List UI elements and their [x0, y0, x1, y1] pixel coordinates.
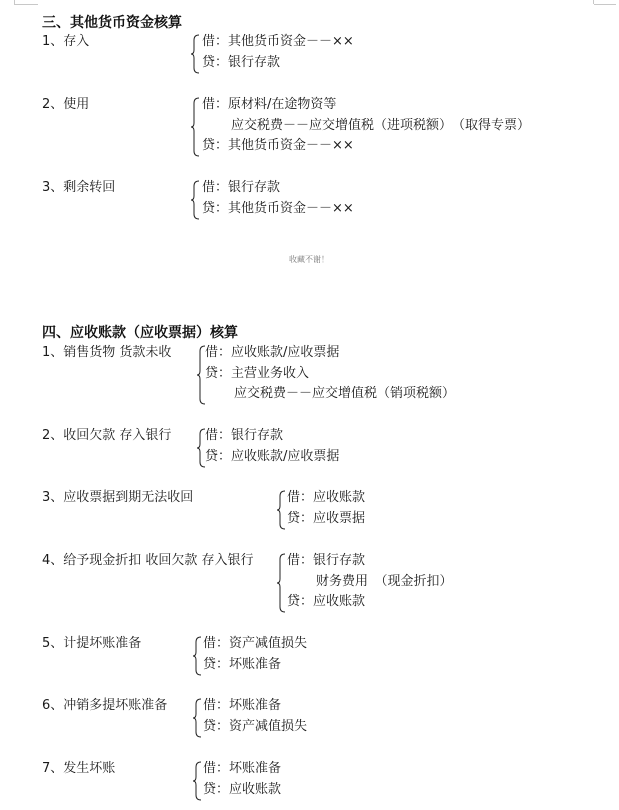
brace-icon [190, 97, 200, 157]
journal-entry: 借：银行存款 贷：其他货币资金－－×× [202, 178, 354, 219]
watermark-note: 收藏不谢！ [289, 254, 329, 265]
credit-line: 贷：资产减值损失 [203, 717, 307, 738]
credit-line: 贷：银行存款 [202, 53, 354, 74]
debit-line: 借：其他货币资金－－×× [202, 32, 354, 53]
debit-line: 借：银行存款 [202, 178, 354, 199]
credit-line: 贷：应收账款 [287, 592, 453, 613]
debit-line: 借：银行存款 [205, 426, 339, 447]
credit-line: 贷：主营业务收入 [205, 364, 455, 385]
journal-entry: 借：银行存款 贷：应收账款/应收票据 [205, 426, 339, 467]
credit-line: 贷：其他货币资金－－×× [202, 136, 530, 157]
debit-line-2: 财务费用 （现金折扣） [287, 572, 453, 593]
debit-line: 借：银行存款 [287, 551, 453, 572]
debit-line-2: 应交税费－－应交增值税（进项税额） （取得专票） [202, 116, 530, 137]
crop-mark-right-h [594, 4, 616, 5]
item-label: 5、计提坏账准备 [42, 634, 141, 654]
brace-icon [276, 490, 286, 530]
journal-entry: 借：坏账准备 贷：应收账款 [203, 759, 281, 800]
debit-line: 借：应收账款/应收票据 [205, 343, 455, 364]
item-label: 1、销售货物 货款未收 [42, 343, 171, 363]
credit-line: 贷：应收账款 [203, 780, 281, 801]
brace-icon [190, 34, 200, 74]
brace-icon [192, 698, 202, 738]
brace-icon [276, 553, 286, 613]
item-label: 4、给予现金折扣 收回欠款 存入银行 [42, 551, 254, 571]
debit-line: 借：原材料/在途物资等 [202, 95, 530, 116]
credit-line: 贷：坏账准备 [203, 655, 307, 676]
item-label: 1、存入 [42, 32, 89, 52]
item-label: 2、使用 [42, 95, 89, 115]
item-label: 3、剩余转回 [42, 178, 115, 198]
journal-entry: 借：应收账款 贷：应收票据 [287, 488, 365, 529]
credit-line: 贷：其他货币资金－－×× [202, 199, 354, 220]
brace-icon [192, 761, 202, 801]
journal-entry: 借：应收账款/应收票据 贷：主营业务收入 应交税费－－应交增值税（销项税额） [205, 343, 455, 405]
journal-entry: 借：资产减值损失 贷：坏账准备 [203, 634, 307, 675]
brace-icon [192, 636, 202, 676]
journal-entry: 借：坏账准备 贷：资产减值损失 [203, 696, 307, 737]
journal-entry: 借：其他货币资金－－×× 贷：银行存款 [202, 32, 354, 73]
debit-line: 借：坏账准备 [203, 759, 281, 780]
credit-line: 贷：应收账款/应收票据 [205, 447, 339, 468]
debit-line: 借：资产减值损失 [203, 634, 307, 655]
journal-entry: 借：银行存款 财务费用 （现金折扣） 贷：应收账款 [287, 551, 453, 613]
debit-line: 借：应收账款 [287, 488, 365, 509]
journal-entry: 借：原材料/在途物资等 应交税费－－应交增值税（进项税额） （取得专票） 贷：其… [202, 95, 530, 157]
item-label: 2、收回欠款 存入银行 [42, 426, 171, 446]
brace-icon [190, 180, 200, 220]
debit-line: 借：坏账准备 [203, 696, 307, 717]
section-title-other-monetary-funds: 三、其他货币资金核算 [42, 12, 182, 32]
item-label: 7、发生坏账 [42, 759, 115, 779]
crop-mark-left-h [14, 4, 38, 5]
credit-line-2: 应交税费－－应交增值税（销项税额） [205, 384, 455, 405]
item-label: 6、冲销多提坏账准备 [42, 696, 167, 716]
section-title-receivables: 四、应收账款（应收票据）核算 [42, 322, 238, 342]
item-label: 3、应收票据到期无法收回 [42, 488, 193, 508]
credit-line: 贷：应收票据 [287, 509, 365, 530]
